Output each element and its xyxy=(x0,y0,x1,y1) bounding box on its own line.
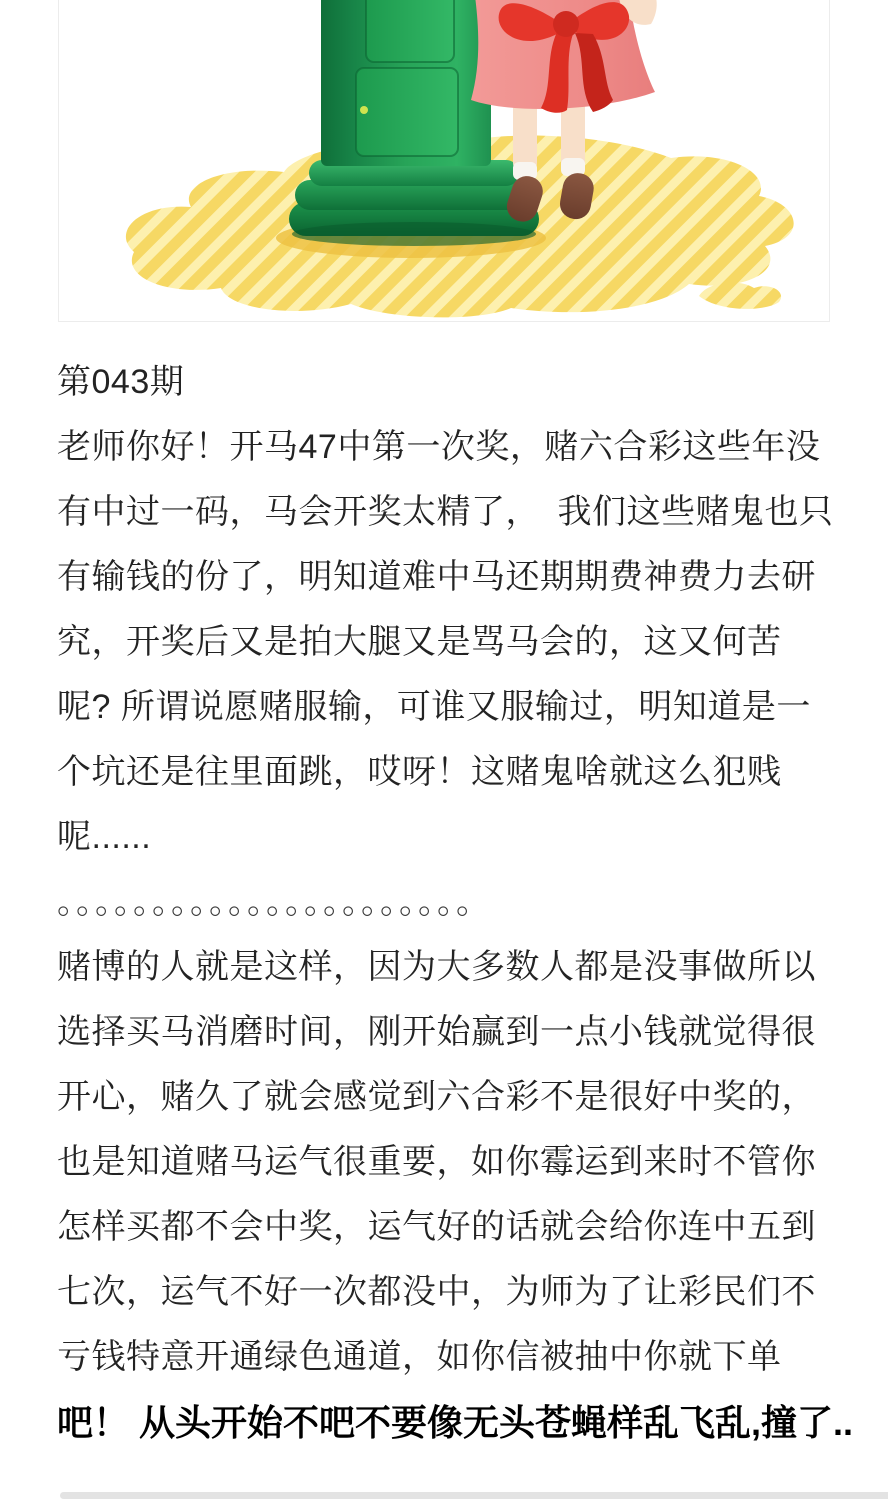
girl-right-sock xyxy=(561,158,585,176)
yellow-mat-small-blob xyxy=(699,282,781,308)
issue-number-line: 第043期 xyxy=(57,350,857,415)
text-line: 究，开奖后又是拍大腿又是骂马会的，这又何苦 xyxy=(57,610,857,675)
postbox-panel-upper xyxy=(366,0,454,62)
circle-separator-line: 。。。。。。。。。。。。。。。。。。。。。。 xyxy=(57,870,857,935)
text-line: 有输钱的份了，明知道难中马还期期费神费力去研 xyxy=(57,545,857,610)
postbox-panel-lower xyxy=(356,68,458,156)
postbox-keyhole xyxy=(360,106,368,114)
postbox-girl-illustration xyxy=(59,0,829,321)
bottom-divider xyxy=(60,1492,888,1499)
text-line: 开心，赌久了就会感觉到六合彩不是很好中奖的， xyxy=(57,1065,857,1130)
text-line: 也是知道赌马运气很重要，如你霉运到来时不管你 xyxy=(57,1130,857,1195)
illustration-card xyxy=(58,0,830,322)
text-line: 赌博的人就是这样，因为大多数人都是没事做所以 xyxy=(57,935,857,1000)
post-page: { "page": { "background_color": "#ffffff… xyxy=(0,0,888,1500)
text-line: 亏钱特意开通绿色通道，如你信被抽中你就下单 xyxy=(57,1325,857,1390)
text-line: 老师你好！开马47中第一次奖，赌六合彩这些年没 xyxy=(57,415,857,480)
text-line: 选择买马消磨时间，刚开始赢到一点小钱就觉得很 xyxy=(57,1000,857,1065)
text-line: 怎样买都不会中奖，运气好的话就会给你连中五到 xyxy=(57,1195,857,1260)
post-body: 第043期老师你好！开马47中第一次奖，赌六合彩这些年没有中过一码，马会开奖太精… xyxy=(57,350,857,1455)
postbox-base-bottom-shade xyxy=(292,222,536,246)
highlighted-last-line: 吧！ 从头开始不吧不要像无头苍蝇样乱飞乱,撞了.. xyxy=(57,1390,857,1455)
text-line: 呢? 所谓说愿赌服输，可谁又服输过，明知道是一 xyxy=(57,675,857,740)
text-line: 有中过一码，马会开奖太精了， 我们这些赌鬼也只 xyxy=(57,480,857,545)
text-line: 个坑还是往里面跳，哎呀！这赌鬼啥就这么犯贱 xyxy=(57,740,857,805)
red-bow-knot xyxy=(553,11,579,37)
text-line: 七次，运气不好一次都没中，为师为了让彩民们不 xyxy=(57,1260,857,1325)
text-line: 呢...... xyxy=(57,805,857,870)
